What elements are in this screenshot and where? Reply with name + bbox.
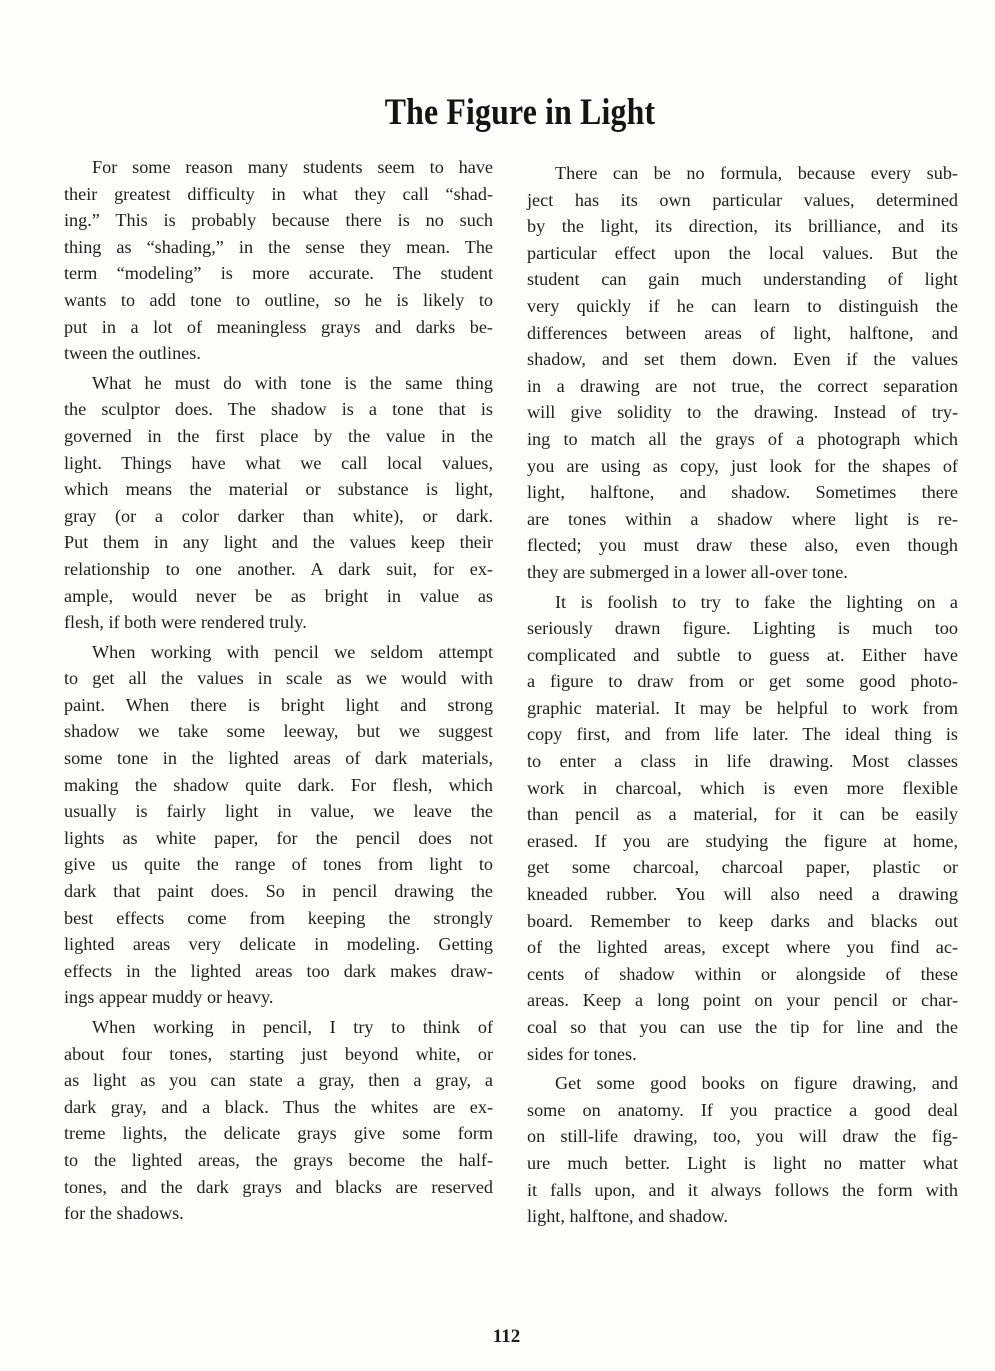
- paragraph: What he must do with tone is the same th…: [64, 370, 493, 636]
- text-line: ing.” This is probably because there is …: [64, 207, 493, 234]
- text-line: light, halftone, and shadow. Sometimes t…: [527, 479, 958, 506]
- text-line: shadow, and set them down. Even if the v…: [527, 346, 958, 373]
- text-line: usually is fairly light in value, we lea…: [64, 798, 493, 825]
- text-line: What he must do with tone is the same th…: [64, 370, 493, 397]
- text-line: best effects come from keeping the stron…: [64, 905, 493, 932]
- paragraph: When working with pencil we seldom attem…: [64, 639, 493, 1011]
- text-line: put in a lot of meaningless grays and da…: [64, 314, 493, 341]
- text-line: gray (or a color darker than white), or …: [64, 503, 493, 530]
- text-line: erased. If you are studying the figure a…: [527, 828, 958, 855]
- text-line: give us quite the range of tones from li…: [64, 851, 493, 878]
- text-line: When working with pencil we seldom attem…: [64, 639, 493, 666]
- text-line: graphic material. It may be helpful to w…: [527, 695, 958, 722]
- paragraph: For some reason many students seem to ha…: [64, 154, 493, 367]
- text-line: some on anatomy. If you practice a good …: [527, 1097, 958, 1124]
- text-line: particular effect upon the local values.…: [527, 240, 958, 267]
- text-line: it falls upon, and it always follows the…: [527, 1177, 958, 1204]
- text-line: in a drawing are not true, the correct s…: [527, 373, 958, 400]
- text-line: sides for tones.: [527, 1041, 958, 1068]
- text-line: coal so that you can use the tip for lin…: [527, 1014, 958, 1041]
- text-line: about four tones, starting just beyond w…: [64, 1041, 493, 1068]
- paragraph: Get some good books on figure drawing, a…: [527, 1070, 958, 1230]
- text-line: wants to add tone to outline, so he is l…: [64, 287, 493, 314]
- text-line: some tone in the lighted areas of dark m…: [64, 745, 493, 772]
- page-number: 112: [0, 1326, 995, 1348]
- text-line: It is foolish to try to fake the lightin…: [527, 589, 958, 616]
- text-line: There can be no formula, because every s…: [527, 160, 958, 187]
- text-line: copy first, and from life later. The ide…: [527, 721, 958, 748]
- text-line: light, halftone, and shadow.: [527, 1203, 958, 1230]
- text-line: When working in pencil, I try to think o…: [64, 1014, 493, 1041]
- text-line: are tones within a shadow where light is…: [527, 506, 958, 533]
- text-line: ing to match all the grays of a photogra…: [527, 426, 958, 453]
- text-line: a figure to draw from or get some good p…: [527, 668, 958, 695]
- text-line: ample, would never be as bright in value…: [64, 583, 493, 610]
- text-line: relationship to one another. A dark suit…: [64, 556, 493, 583]
- text-line: flesh, if both were rendered truly.: [64, 609, 493, 636]
- text-line: Put them in any light and the values kee…: [64, 529, 493, 556]
- text-line: you are using as copy, just look for the…: [527, 453, 958, 480]
- text-line: differences between areas of light, half…: [527, 320, 958, 347]
- text-line: lighted areas very delicate in modeling.…: [64, 931, 493, 958]
- right-column: There can be no formula, because every s…: [527, 160, 958, 1230]
- text-line: cents of shadow within or alongside of t…: [527, 961, 958, 988]
- text-line: by the light, its direction, its brillia…: [527, 213, 958, 240]
- text-line: they are submerged in a lower all-over t…: [527, 559, 958, 586]
- text-line: term “modeling” is more accurate. The st…: [64, 260, 493, 287]
- text-line: areas. Keep a long point on your pencil …: [527, 987, 958, 1014]
- text-line: get some charcoal, charcoal paper, plast…: [527, 854, 958, 881]
- text-line: paint. When there is bright light and st…: [64, 692, 493, 719]
- text-line: student can gain much understanding of l…: [527, 266, 958, 293]
- text-line: lights as white paper, for the pencil do…: [64, 825, 493, 852]
- text-line: of the lighted areas, except where you f…: [527, 934, 958, 961]
- text-line: work in charcoal, which is even more fle…: [527, 775, 958, 802]
- page-title: The Figure in Light: [73, 91, 967, 134]
- text-line: to the lighted areas, the grays become t…: [64, 1147, 493, 1174]
- text-line: board. Remember to keep darks and blacks…: [527, 908, 958, 935]
- text-line: Get some good books on figure drawing, a…: [527, 1070, 958, 1097]
- paragraph: It is foolish to try to fake the lightin…: [527, 589, 958, 1068]
- text-line: flected; you must draw these also, even …: [527, 532, 958, 559]
- text-line: tones, and the dark grays and blacks are…: [64, 1174, 493, 1201]
- text-line: governed in the first place by the value…: [64, 423, 493, 450]
- text-line: will give solidity to the drawing. Inste…: [527, 399, 958, 426]
- text-line: which means the material or substance is…: [64, 476, 493, 503]
- text-line: treme lights, the delicate grays give so…: [64, 1120, 493, 1147]
- text-line: to get all the values in scale as we wou…: [64, 665, 493, 692]
- text-line: light. Things have what we call local va…: [64, 450, 493, 477]
- text-line: than pencil as a material, for it can be…: [527, 801, 958, 828]
- text-line: complicated and subtle to guess at. Eith…: [527, 642, 958, 669]
- text-line: ject has its own particular values, dete…: [527, 187, 958, 214]
- text-line: kneaded rubber. You will also need a dra…: [527, 881, 958, 908]
- paragraph: There can be no formula, because every s…: [527, 160, 958, 586]
- left-column: For some reason many students seem to ha…: [64, 154, 493, 1227]
- text-line: dark that paint does. So in pencil drawi…: [64, 878, 493, 905]
- text-line: tween the outlines.: [64, 340, 493, 367]
- text-line: very quickly if he can learn to distingu…: [527, 293, 958, 320]
- text-line: as light as you can state a gray, then a…: [64, 1067, 493, 1094]
- text-line: shadow we take some leeway, but we sugge…: [64, 718, 493, 745]
- text-line: to enter a class in life drawing. Most c…: [527, 748, 958, 775]
- text-line: the sculptor does. The shadow is a tone …: [64, 396, 493, 423]
- text-line: seriously drawn figure. Lighting is much…: [527, 615, 958, 642]
- text-line: making the shadow quite dark. For flesh,…: [64, 772, 493, 799]
- text-line: on still-life drawing, too, you will dra…: [527, 1123, 958, 1150]
- text-line: for the shadows.: [64, 1200, 493, 1227]
- text-line: ings appear muddy or heavy.: [64, 984, 493, 1011]
- text-line: their greatest difficulty in what they c…: [64, 181, 493, 208]
- text-line: dark gray, and a black. Thus the whites …: [64, 1094, 493, 1121]
- text-line: ure much better. Light is light no matte…: [527, 1150, 958, 1177]
- text-line: For some reason many students seem to ha…: [64, 154, 493, 181]
- text-line: thing as “shading,” in the sense they me…: [64, 234, 493, 261]
- text-line: effects in the lighted areas too dark ma…: [64, 958, 493, 985]
- paragraph: When working in pencil, I try to think o…: [64, 1014, 493, 1227]
